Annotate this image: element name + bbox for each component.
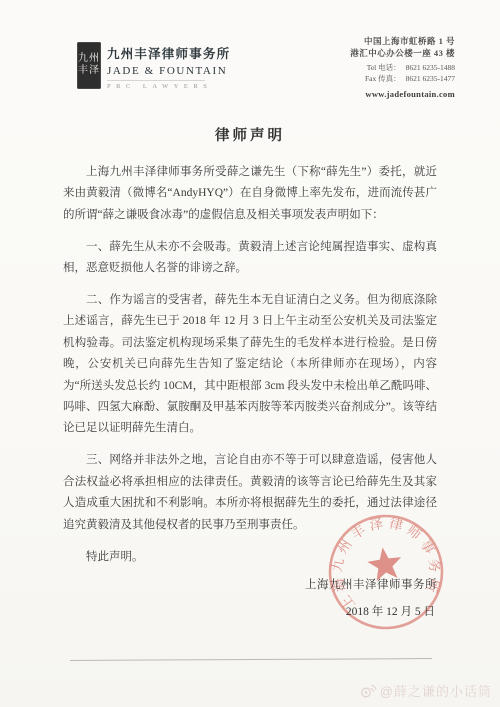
fax-line: Fax 传真：8621 6235-1477	[350, 74, 455, 85]
weibo-watermark: @薛之谦的小话筒	[360, 681, 492, 700]
address-line-2: 港汇中心办公楼一座 43 楼	[350, 48, 455, 60]
official-red-seal: 上海九州丰泽律师事务所	[318, 504, 454, 640]
tel-label: Tel 电话：	[367, 63, 401, 72]
tel-line: Tel 电话：8621 6235-1488	[350, 63, 455, 74]
statement-item-2: 二、作为谣言的受害者，薛先生本无自证清白之义务。但为彻底涤除上述谣言，薛先生已于…	[63, 290, 437, 440]
website-url: www.jadefountain.com	[350, 89, 455, 99]
firm-name-block: 九州丰泽律师事务所 JADE & FOUNTAIN PRC LAWYERS	[107, 44, 257, 90]
statement-item-1: 一、薛先生从未亦不会吸毒。黄毅清上述言论纯属捏造事实、虚构真相，恶意贬损他人名誉…	[63, 237, 437, 280]
firm-name-cn: 九州丰泽律师事务所	[107, 44, 257, 62]
firm-name-en: JADE & FOUNTAIN	[107, 65, 257, 77]
statement-intro: 上海九州丰泽律师事务所受薛之谦先生（下称“薛先生”）委托，就近来由黄毅清（微博名…	[63, 162, 437, 226]
document-page: 九州丰泽 九州丰泽律师事务所 JADE & FOUNTAIN PRC LAWYE…	[0, 0, 500, 707]
firm-subtitle: PRC LAWYERS	[107, 80, 205, 90]
firm-logo-seal-icon: 九州丰泽	[77, 42, 101, 89]
watermark-text: @薛之谦的小话筒	[380, 681, 492, 700]
fax-label: Fax 传真：	[365, 74, 401, 83]
bottom-divider-line	[70, 658, 432, 661]
signature-firm-name: 上海九州丰泽律师事务所	[305, 576, 437, 592]
statement-title: 律师声明	[63, 124, 437, 145]
weibo-icon	[360, 683, 377, 698]
fax-number: 8621 6235-1477	[406, 74, 455, 83]
tel-number: 8621 6235-1488	[406, 63, 455, 72]
contact-block: 中国上海市虹桥路 1 号 港汇中心办公楼一座 43 楼 Tel 电话：8621 …	[350, 36, 455, 99]
signature-date: 2018 年 12 月 5 日	[346, 603, 435, 619]
address-line-1: 中国上海市虹桥路 1 号	[350, 36, 455, 48]
